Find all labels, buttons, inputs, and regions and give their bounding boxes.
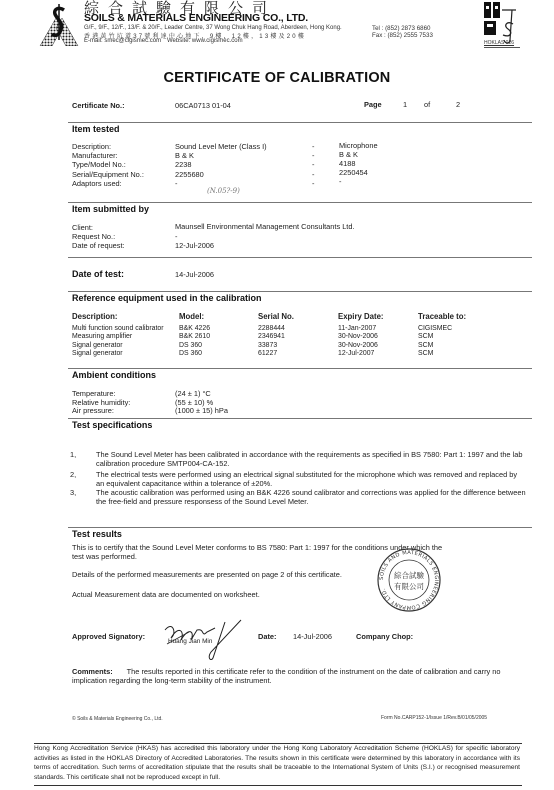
- field-label: Serial/Equipment No.:: [72, 171, 144, 180]
- table-column-header: Expiry Date:: [338, 313, 384, 322]
- section-divider: [68, 257, 532, 258]
- handwritten-note: (N.05?-9): [207, 187, 240, 195]
- spec-item: 3,The acoustic calibration was performed…: [70, 489, 530, 507]
- table-column-header: Serial No.: [258, 313, 294, 322]
- section-heading-item-submitted: Item submitted by: [72, 204, 149, 214]
- company-logo-icon: [38, 2, 80, 46]
- table-cell: 33873: [258, 342, 277, 351]
- field-value: (1000 ± 15) hPa: [175, 407, 228, 416]
- field-value: 12-Jul-2006: [175, 242, 214, 251]
- section-divider: [68, 418, 532, 419]
- certificate-number: 06CA0713 01-04: [175, 101, 231, 110]
- table-cell: SCM: [418, 333, 433, 342]
- page-number: 1: [403, 100, 407, 109]
- comments-label: Comments:: [72, 667, 113, 676]
- field-value-secondary: 2250454: [339, 169, 368, 178]
- field-value: -: [175, 180, 177, 189]
- company-email: E-mail: smec@cigismec.com: [84, 38, 161, 44]
- field-value-secondary: -: [339, 178, 341, 187]
- table-cell: Multi function sound calibrator: [72, 325, 164, 334]
- spec-text: The acoustic calibration was performed u…: [96, 489, 526, 506]
- field-label: Date of request:: [72, 242, 125, 251]
- date-of-test-label: Date of test:: [72, 269, 124, 279]
- field-label: Type/Model No.:: [72, 161, 126, 170]
- document-title: CERTIFICATE OF CALIBRATION: [0, 70, 554, 86]
- company-name-english: SOILS & MATERIALS ENGINEERING CO., LTD.: [84, 12, 308, 24]
- section-heading-reference-equipment: Reference equipment used in the calibrat…: [72, 293, 262, 303]
- date-of-test-value: 14-Jul-2006: [175, 270, 214, 279]
- signatory-name: Huang Jian Min: [168, 638, 212, 645]
- stamp-center-line-1: 綜合試驗: [394, 570, 424, 580]
- copyright-notice: © Soils & Materials Engineering Co., Ltd…: [72, 716, 163, 722]
- section-heading-ambient-conditions: Ambient conditions: [72, 370, 156, 380]
- certificate-number-label: Certificate No.:: [72, 101, 125, 110]
- company-chop-label: Company Chop:: [356, 632, 413, 641]
- field-value: 2238: [175, 161, 191, 170]
- form-number: Form No.CARP152-1/Issue 1/Rev.B/01/05/20…: [381, 715, 487, 721]
- table-cell: DS 360: [179, 350, 202, 359]
- approved-signatory-label: Approved Signatory:: [72, 632, 145, 641]
- table-cell: CIGISMEC: [418, 325, 452, 334]
- field-value: 2255680: [175, 171, 204, 180]
- section-heading-test-specifications: Test specifications: [72, 420, 152, 430]
- table-cell: 30-Nov-2006: [338, 342, 378, 351]
- spec-text: The electrical tests were performed usin…: [96, 471, 526, 488]
- company-telephone: Tel : (852) 2873 6860: [372, 25, 430, 32]
- table-column-header: Traceable to:: [418, 313, 466, 322]
- table-column-header: Model:: [179, 313, 204, 322]
- field-label: Air pressure:: [72, 407, 114, 416]
- section-divider: [68, 527, 532, 528]
- field-separator: -: [312, 161, 314, 170]
- table-cell: Measuring amplifier: [72, 333, 132, 342]
- comments-text: The results reported in this certificate…: [72, 667, 501, 685]
- table-cell: 30-Nov-2006: [338, 333, 378, 342]
- test-results-worksheet: Actual Measurement data are documented o…: [72, 590, 260, 599]
- table-cell: B&K 4226: [179, 325, 210, 334]
- page-of-label: of: [424, 100, 430, 109]
- test-results-details: Details of the performed measurements ar…: [72, 570, 342, 579]
- field-separator: -: [312, 171, 314, 180]
- table-cell: 11-Jan-2007: [338, 325, 376, 334]
- approval-date-label: Date:: [258, 632, 276, 641]
- table-cell: Signal generator: [72, 342, 123, 351]
- field-value-secondary: Microphone: [339, 142, 378, 151]
- company-chop-stamp-icon: SOILS AND MATERIALS ENGINEERING COMPANY …: [376, 547, 442, 613]
- table-cell: Signal generator: [72, 350, 123, 359]
- table-cell: 2288444: [258, 325, 285, 334]
- page-label: Page: [364, 100, 382, 109]
- table-cell: SCM: [418, 350, 433, 359]
- section-divider: [68, 291, 532, 292]
- spec-item: 1,The Sound Level Meter has been calibra…: [70, 451, 530, 469]
- field-value: Maunsell Environmental Management Consul…: [175, 223, 355, 232]
- section-divider: [68, 122, 532, 123]
- spec-number: 3,: [70, 489, 76, 498]
- table-cell: B&K 2610: [179, 333, 210, 342]
- hoklas-number: HOKLAS 026: [484, 40, 514, 46]
- table-cell: DS 360: [179, 342, 202, 351]
- table-cell: 61227: [258, 350, 277, 359]
- company-website: Website: www.cigismec.com: [167, 38, 243, 44]
- section-divider: [68, 202, 532, 203]
- header-divider: [484, 47, 520, 48]
- comments-block: Comments:The results reported in this ce…: [72, 667, 522, 686]
- section-divider: [68, 368, 532, 369]
- spec-number: 2,: [70, 471, 76, 480]
- total-pages: 2: [456, 100, 460, 109]
- section-heading-test-results: Test results: [72, 529, 122, 539]
- table-cell: SCM: [418, 342, 433, 351]
- footer-divider-bottom: [34, 785, 522, 786]
- spec-text: The Sound Level Meter has been calibrate…: [96, 451, 526, 468]
- table-column-header: Description:: [72, 313, 118, 322]
- section-heading-item-tested: Item tested: [72, 124, 120, 134]
- spec-item: 2,The electrical tests were performed us…: [70, 471, 530, 489]
- field-label: Adaptors used:: [72, 180, 122, 189]
- table-cell: 2346941: [258, 333, 285, 342]
- company-fax: Fax : (852) 2555 7533: [372, 32, 433, 39]
- spec-number: 1,: [70, 451, 76, 460]
- approval-date-value: 14-Jul-2006: [293, 632, 332, 641]
- field-separator: -: [312, 180, 314, 189]
- table-cell: 12-Jul-2007: [338, 350, 374, 359]
- field-value-secondary: B & K: [339, 151, 358, 160]
- stamp-center-line-2: 有限公司: [394, 581, 424, 591]
- hkas-accreditation-statement: Hong Kong Accreditation Service (HKAS) h…: [34, 744, 520, 782]
